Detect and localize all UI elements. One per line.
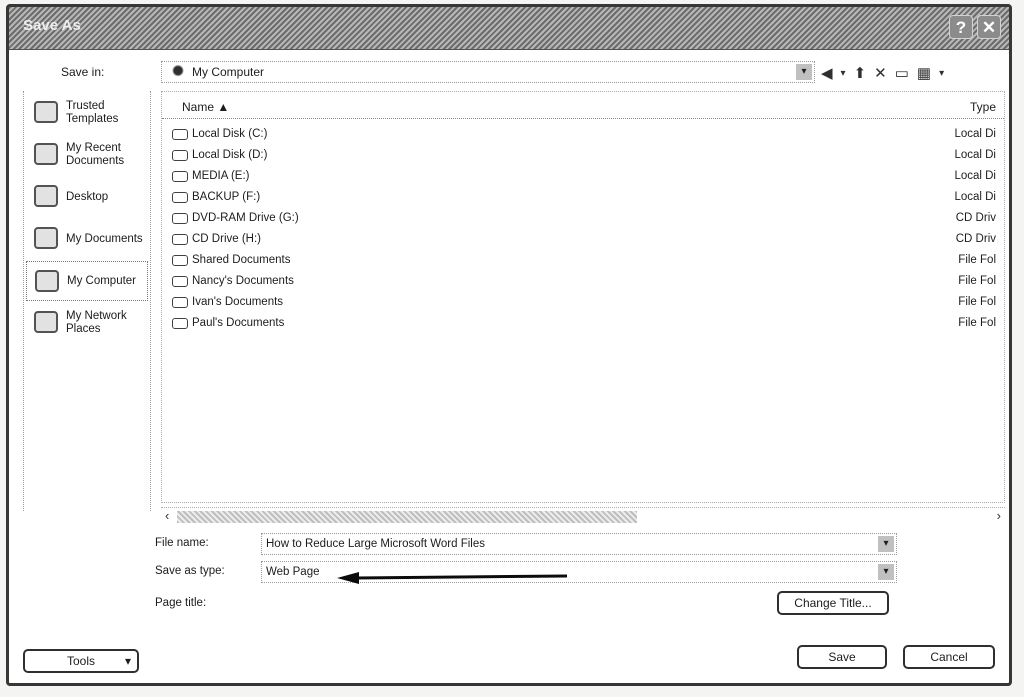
recent-icon [34,143,58,165]
cd-drive-icon [172,234,188,245]
item-type: Local Di [954,124,996,145]
column-type[interactable]: Type [970,100,996,114]
back-icon[interactable]: ◀ [821,64,833,82]
scroll-left-icon[interactable]: ‹ [165,508,169,523]
views-icon[interactable]: ▦ [917,64,931,82]
sidebar-item-label: Trusted Templates [66,100,148,126]
sidebar-item-label: My Documents [66,233,143,246]
save-in-label: Save in: [61,65,104,79]
item-type: File Fol [958,292,996,313]
scrollbar-thumb[interactable] [177,511,637,523]
horizontal-scrollbar[interactable]: ‹ › [161,507,1005,525]
sidebar-item-label: My Recent Documents [66,142,148,168]
file-name-label: File name: [155,537,209,549]
cancel-button[interactable]: Cancel [903,645,995,669]
file-list-item[interactable]: Nancy's DocumentsFile Fol [170,271,1000,292]
sidebar-item-my-network-places[interactable]: My Network Places [26,303,148,343]
drive-icon [172,171,188,182]
file-list-item[interactable]: Paul's DocumentsFile Fol [170,313,1000,334]
sidebar-item-my-documents[interactable]: My Documents [26,219,148,259]
tools-button[interactable]: Tools ▾ [23,649,139,673]
folder-icon [172,297,188,308]
documents-icon [34,227,58,249]
file-list-item[interactable]: Shared DocumentsFile Fol [170,250,1000,271]
folder-icon [172,276,188,287]
item-name: Local Disk (D:) [192,145,267,166]
back-dropdown-icon[interactable]: ▾ [841,68,846,79]
item-type: File Fol [958,271,996,292]
annotation-arrow [337,572,569,584]
file-list: Name ▲ Type Local Disk (C:)Local DiLocal… [161,91,1005,503]
file-list-item[interactable]: Ivan's DocumentsFile Fol [170,292,1000,313]
item-name: Nancy's Documents [192,271,294,292]
scroll-right-icon[interactable]: › [997,508,1001,523]
toolbar: ◀ ▾ ⬆ ✕ ▭ ▦ ▾ [821,61,944,85]
item-name: CD Drive (H:) [192,229,261,250]
sidebar-item-my-computer[interactable]: My Computer [26,261,148,301]
desktop-icon [34,185,58,207]
sidebar-item-desktop[interactable]: Desktop [26,177,148,217]
item-type: CD Driv [956,208,996,229]
drive-icon [172,192,188,203]
save-as-dialog: Save As ? ✕ Save in: My Computer ▾ ◀ ▾ ⬆… [6,4,1012,686]
file-list-item[interactable]: MEDIA (E:)Local Di [170,166,1000,187]
new-folder-icon[interactable]: ▭ [895,64,909,82]
column-header: Name ▲ Type [162,98,1004,119]
item-type: File Fol [958,250,996,271]
tools-label: Tools [67,654,95,668]
views-dropdown-icon[interactable]: ▾ [939,68,944,79]
item-name: DVD-RAM Drive (G:) [192,208,299,229]
save-in-value: My Computer [192,65,264,79]
computer-icon [35,270,59,292]
sidebar-item-label: My Computer [67,275,136,288]
folder-icon [34,101,58,123]
item-name: BACKUP (F:) [192,187,260,208]
item-name: Ivan's Documents [192,292,283,313]
item-name: Paul's Documents [192,313,284,334]
item-type: File Fol [958,313,996,334]
file-list-item[interactable]: BACKUP (F:)Local Di [170,187,1000,208]
column-name[interactable]: Name ▲ [182,100,229,114]
sidebar-item-label: Desktop [66,191,108,204]
sidebar-item-label: My Network Places [66,310,148,336]
up-folder-icon[interactable]: ⬆ [854,64,867,82]
drive-icon [172,150,188,161]
item-name: MEDIA (E:) [192,166,250,187]
file-list-item[interactable]: Local Disk (D:)Local Di [170,145,1000,166]
cd-drive-icon [172,213,188,224]
file-list-item[interactable]: DVD-RAM Drive (G:)CD Driv [170,208,1000,229]
save-button[interactable]: Save [797,645,887,669]
item-name: Shared Documents [192,250,290,271]
item-type: CD Driv [956,229,996,250]
close-icon[interactable]: ✕ [977,15,1001,39]
item-type: Local Di [954,166,996,187]
folder-icon [172,255,188,266]
computer-icon [172,65,184,79]
drive-icon [172,129,188,140]
folder-icon [172,318,188,329]
chevron-down-icon[interactable]: ▾ [878,536,894,552]
title-bar: Save As ? ✕ [9,7,1009,50]
change-title-button[interactable]: Change Title... [777,591,889,615]
page-title-label: Page title: [155,597,206,609]
file-list-item[interactable]: CD Drive (H:)CD Driv [170,229,1000,250]
network-icon [34,311,58,333]
item-type: Local Di [954,145,996,166]
file-name-input[interactable]: How to Reduce Large Microsoft Word Files… [261,533,897,555]
save-in-dropdown[interactable]: My Computer ▾ [161,61,815,83]
sidebar-item-my-recent-documents[interactable]: My Recent Documents [26,135,148,175]
window-title: Save As [23,17,81,34]
file-rows: Local Disk (C:)Local DiLocal Disk (D:)Lo… [170,124,1000,334]
item-type: Local Di [954,187,996,208]
item-name: Local Disk (C:) [192,124,267,145]
chevron-down-icon[interactable]: ▾ [878,564,894,580]
save-type-label: Save as type: [155,565,225,577]
sidebar-item-trusted-templates[interactable]: Trusted Templates [26,93,148,133]
save-type-value: Web Page [266,566,320,578]
file-name-value: How to Reduce Large Microsoft Word Files [266,538,485,550]
help-icon[interactable]: ? [949,15,973,39]
chevron-down-icon: ▾ [125,651,131,671]
file-list-item[interactable]: Local Disk (C:)Local Di [170,124,1000,145]
delete-icon[interactable]: ✕ [874,64,887,82]
chevron-down-icon[interactable]: ▾ [796,64,812,80]
places-bar: Trusted TemplatesMy Recent DocumentsDesk… [23,91,151,511]
